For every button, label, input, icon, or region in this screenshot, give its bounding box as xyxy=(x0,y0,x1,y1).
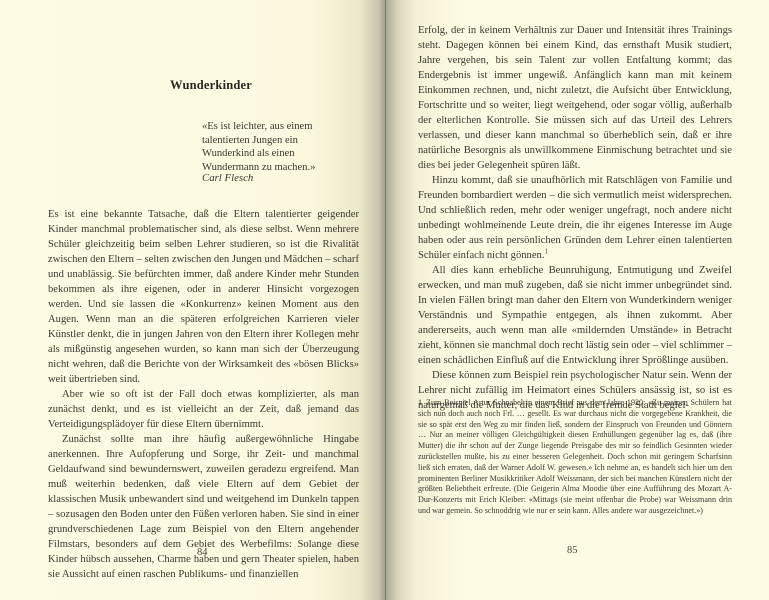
paragraph: All dies kann erhebliche Beunruhigung, E… xyxy=(418,263,732,368)
footnote-text: Zum Beispiel Artur Schnabel in einem Bri… xyxy=(418,398,732,515)
footnote: 1Zum Beispiel Artur Schnabel in einem Br… xyxy=(418,398,732,517)
paragraph: Erfolg, der in keinem Verhältnis zur Dau… xyxy=(418,23,732,173)
book-spread: Wunderkinder «Es ist leichter, aus einem… xyxy=(0,0,769,600)
epigraph-quote: «Es ist leichter, aus einem talentierten… xyxy=(202,120,352,174)
page-number-left: 84 xyxy=(197,547,208,558)
right-page-body: Erfolg, der in keinem Verhältnis zur Dau… xyxy=(418,23,732,413)
chapter-title: Wunderkinder xyxy=(170,78,252,93)
paragraph-text: Hinzu kommt, daß sie unaufhörlich mit Ra… xyxy=(418,175,732,261)
paragraph: Aber wie so oft ist der Fall doch etwas … xyxy=(48,387,359,432)
paragraph: Hinzu kommt, daß sie unaufhörlich mit Ra… xyxy=(418,173,732,263)
page-number-right: 85 xyxy=(567,545,578,556)
paragraph: Es ist eine bekannte Tatsache, daß die E… xyxy=(48,207,359,387)
paragraph: Zunächst sollte man ihre häufig außergew… xyxy=(48,432,359,582)
book-spine xyxy=(385,0,386,600)
footnote-reference[interactable]: 1 xyxy=(545,247,549,255)
footnote-number: 1 xyxy=(418,398,422,407)
epigraph-author: Carl Flesch xyxy=(202,172,253,184)
left-page-body: Es ist eine bekannte Tatsache, daß die E… xyxy=(48,207,359,582)
